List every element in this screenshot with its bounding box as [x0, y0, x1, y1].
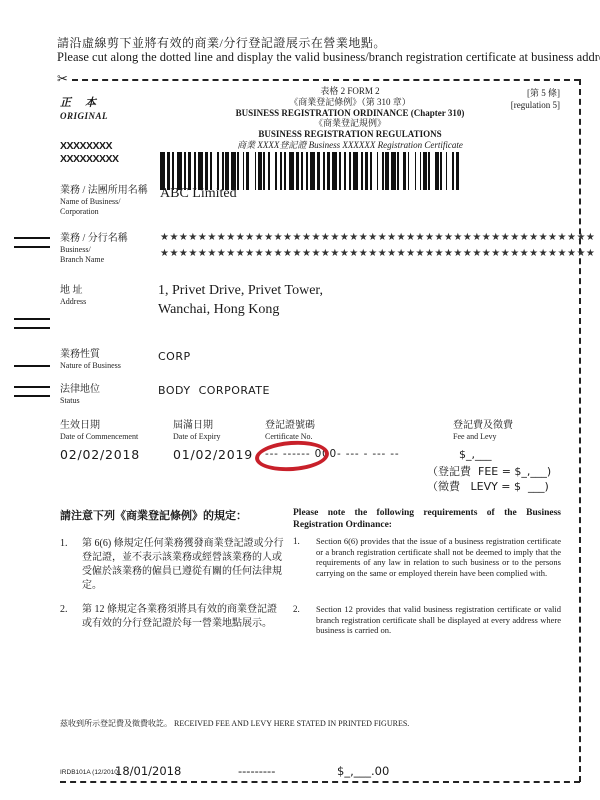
label-en: Business/: [60, 245, 128, 255]
label-zh: 屆滿日期: [173, 420, 221, 432]
notes-title-zh: 請注意下列《商業登記條例》的規定：: [60, 507, 247, 523]
form-header: 表格 2 FORM 2 《商業登記條例》（第 310 章） BUSINESS R…: [225, 86, 475, 151]
receipt-blank: ---------: [238, 764, 275, 778]
cut-instruction-en: Please cut along the dotted line and dis…: [57, 50, 600, 65]
label-zh: 地 址: [60, 285, 86, 297]
note-number: 2.: [293, 604, 300, 615]
field-label-nature: 業務性質 Nature of Business: [60, 349, 121, 371]
cut-line-bottom: [60, 781, 580, 783]
nature-value: CORP: [158, 350, 191, 363]
note-zh-1: 1. 第 6(6) 條規定任何業務獲發商業登記證或分行登記證，並不表示該業務或經…: [60, 537, 285, 593]
field-label-address: 地 址 Address: [60, 285, 86, 307]
expiry-date: 01/02/2019: [173, 447, 253, 462]
regulation-ref: [第 5 條] [regulation 5]: [500, 87, 560, 111]
cut-instruction-zh: 請沿虛線剪下並將有效的商業/分行登記證展示在營業地點。: [57, 34, 386, 51]
label-zh: 業務 / 分行名稱: [60, 233, 128, 245]
note-number: 2.: [60, 603, 68, 617]
original-label-zh: 正本: [60, 94, 110, 110]
note-zh-2: 2. 第 12 條規定各業務須將具有效的商業登記證或有效的分行登記證於每一營業地…: [60, 603, 285, 631]
levy-line: （徵費 LEVY = $ ___): [427, 478, 549, 494]
margin-mark: [14, 246, 50, 248]
regulations-en: BUSINESS REGISTRATION REGULATIONS: [225, 129, 475, 140]
regulation-en: [regulation 5]: [500, 99, 560, 111]
margin-mark: [14, 237, 50, 239]
note-en-2: 2. Section 12 provides that valid busine…: [293, 604, 561, 636]
received-statement: 茲收到所示登記費及徵費收訖。 RECEIVED FEE AND LEVY HER…: [60, 718, 409, 729]
field-label-branch: 業務 / 分行名稱 Business/ Branch Name: [60, 233, 128, 265]
masked-code-1: XXXXXXXX: [60, 140, 112, 152]
label-en: Name of Business/: [60, 197, 148, 207]
barcode: [160, 152, 460, 190]
label-zh: 登記證號碼: [265, 420, 315, 432]
margin-mark: [14, 365, 50, 367]
note-en-1: 1. Section 6(6) provides that the issue …: [293, 536, 561, 578]
note-number: 1.: [293, 536, 300, 547]
barcode-bar: [456, 152, 459, 190]
note-text: 第 12 條規定各業務須將具有效的商業登記證或有效的分行登記證於每一營業地點展示…: [82, 603, 285, 631]
fee-line: （登記費 FEE = $_,___): [427, 463, 551, 479]
ordinance-zh: 《商業登記條例》（第 310 章）: [225, 97, 475, 108]
field-label-status: 法律地位 Status: [60, 384, 100, 406]
branch-name-masked-2: ★★★★★★★★★★★★★★★★★★★★★★★★★★★★★★★★★★★★★★★★…: [160, 248, 595, 259]
status-value: BODY CORPORATE: [158, 384, 270, 397]
form-code: IRDB101A (12/2010): [60, 769, 120, 776]
label-zh: 生效日期: [60, 420, 138, 432]
note-number: 1.: [60, 537, 68, 551]
label-en: Address: [60, 297, 86, 307]
receipt-amount: $_,___.00: [337, 764, 389, 778]
notes-title-en: Please note the following requirements o…: [293, 507, 561, 531]
margin-mark: [14, 327, 50, 329]
label-zh: 業務 / 法團所用名稱: [60, 185, 148, 197]
label-zh: 業務性質: [60, 349, 121, 361]
receipt-date: 18/01/2018: [115, 764, 181, 778]
label-en: Date of Commencement: [60, 432, 138, 442]
original-label-en: ORIGINAL: [60, 111, 108, 121]
cut-line-right: [579, 79, 581, 782]
field-label-certificate: 登記證號碼 Certificate No.: [265, 420, 315, 442]
masked-code-2: XXXXXXXXX: [60, 153, 119, 165]
cut-line-top: [72, 79, 580, 81]
field-label-name: 業務 / 法團所用名稱 Name of Business/ Corporatio…: [60, 185, 148, 217]
field-label-commencement: 生效日期 Date of Commencement: [60, 420, 138, 442]
business-name-value: ABC Limited: [160, 186, 237, 202]
address-line-2: Wanchai, Hong Kong: [158, 302, 279, 318]
margin-mark: [14, 395, 50, 397]
certificate-type: 商業 XXXX登記證 Business XXXXXX Registration …: [225, 140, 475, 151]
regulations-zh: 《商業登記規例》: [225, 118, 475, 129]
address-line-1: 1, Privet Drive, Privet Tower,: [158, 283, 323, 299]
label-en: Corporation: [60, 207, 148, 217]
field-label-fee: 登記費及徵費 Fee and Levy: [453, 420, 513, 442]
label-en: Branch Name: [60, 255, 128, 265]
label-en: Nature of Business: [60, 361, 121, 371]
note-text: Section 6(6) provides that the issue of …: [316, 536, 561, 578]
label-en: Fee and Levy: [453, 432, 513, 442]
ordinance-en: BUSINESS REGISTRATION ORDINANCE (Chapter…: [225, 108, 475, 119]
margin-mark: [14, 386, 50, 388]
label-zh: 登記費及徵費: [453, 420, 513, 432]
regulation-zh: [第 5 條]: [500, 87, 560, 99]
red-highlight-circle: [254, 438, 330, 473]
label-en: Status: [60, 396, 100, 406]
label-en: Date of Expiry: [173, 432, 221, 442]
branch-name-masked-1: ★★★★★★★★★★★★★★★★★★★★★★★★★★★★★★★★★★★★★★★★…: [160, 232, 595, 243]
field-label-expiry: 屆滿日期 Date of Expiry: [173, 420, 221, 442]
form-number: 表格 2 FORM 2: [225, 86, 475, 97]
margin-mark: [14, 318, 50, 320]
note-text: Section 12 provides that valid business …: [316, 604, 561, 636]
commencement-date: 02/02/2018: [60, 447, 140, 462]
scissors-icon: ✂: [57, 72, 68, 86]
note-text: 第 6(6) 條規定任何業務獲發商業登記證或分行登記證，並不表示該業務或經營該業…: [82, 537, 285, 593]
label-zh: 法律地位: [60, 384, 100, 396]
fee-levy-total: $_,___: [459, 448, 492, 461]
